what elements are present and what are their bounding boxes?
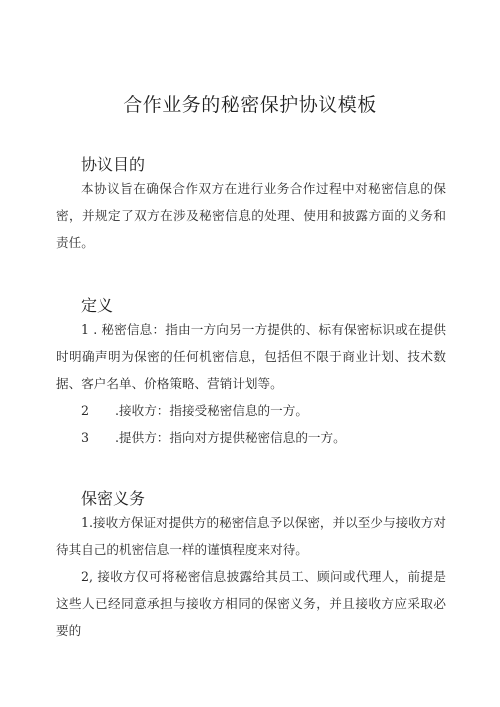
item-text: .提供方：指向对方提供秘密信息的一方。: [115, 430, 346, 445]
obligation-paragraph-2: 2, 接收方仅可将秘密信息披露给其员工、顾问或代理人，前提是这些人已经同意承担与…: [56, 563, 446, 644]
purpose-paragraph: 本协议旨在确保合作双方在进行业务合作过程中对秘密信息的保密，并规定了双方在涉及秘…: [56, 175, 446, 256]
definition-item-2: 2.接收方：指接受秘密信息的一方。: [81, 397, 308, 424]
document-title: 合作业务的秘密保护协议模板: [0, 90, 500, 117]
section-heading-purpose: 协议目的: [81, 152, 145, 175]
item-text: .接收方：指接受秘密信息的一方。: [115, 403, 308, 418]
section-heading-definitions: 定义: [81, 293, 113, 316]
item-number: 2: [81, 397, 115, 424]
definition-item-3: 3.提供方：指向对方提供秘密信息的一方。: [81, 424, 346, 451]
obligation-paragraph-1: 1.接收方保证对提供方的秘密信息予以保密，并以至少与接收方对待其自己的机密信息一…: [56, 509, 446, 563]
definition-item-1: 1 . 秘密信息：指由一方向另一方提供的、标有保密标识或在提供时明确声明为保密的…: [56, 316, 446, 397]
section-heading-obligations: 保密义务: [81, 486, 145, 509]
document-page: 合作业务的秘密保护协议模板 协议目的 本协议旨在确保合作双方在进行业务合作过程中…: [0, 0, 500, 707]
item-number: 3: [81, 424, 115, 451]
